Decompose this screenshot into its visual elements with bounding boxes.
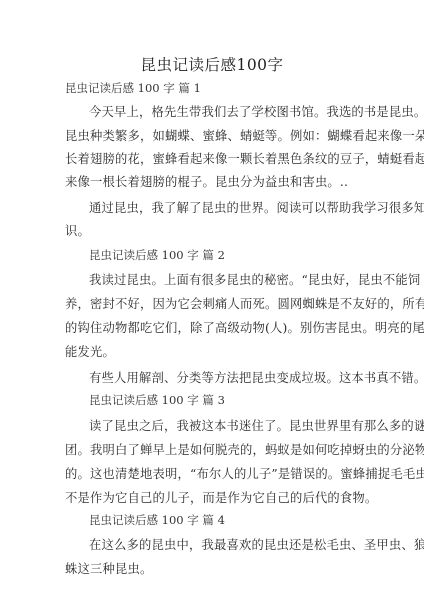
paragraph-line: 有些人用解剖、分类等方法把昆虫变成垃圾。这本书真不错。 bbox=[89, 368, 424, 386]
paragraph-line: 能发光。 bbox=[65, 342, 115, 360]
paragraph-line: 在这么多的昆虫中，我最喜欢的昆虫还是松毛虫、圣甲虫、狼 bbox=[89, 535, 424, 553]
paragraph-line: 养，密封不好，因为它会刺痛人而死。圆网蜘蛛是不友好的，所有 bbox=[65, 294, 424, 312]
paragraph-line: 不是作为它自己的儿子，而是作为它自己的后代的食物。 bbox=[65, 488, 377, 506]
paragraph-line: 读了昆虫之后，我被这本书迷住了。昆虫世界里有那么多的谜 bbox=[89, 416, 424, 434]
document-page: 昆虫记读后感100字 昆虫记读后感 100 字 篇 1 今天早上，格先生带我们去… bbox=[0, 0, 424, 600]
paragraph-line: 通过昆虫，我了解了昆虫的世界。阅读可以帮助我学习很多知 bbox=[89, 198, 424, 216]
section-heading-1: 昆虫记读后感 100 字 篇 1 bbox=[65, 80, 201, 96]
paragraph-line: 蛛这三种昆虫。 bbox=[65, 559, 152, 577]
paragraph-line: 的钩住动物都吃它们，除了高级动物(人)。别伤害昆虫。明亮的尾巴 bbox=[65, 318, 424, 336]
paragraph-line: 的。这也清楚地表明，“布尔人的儿子”是错误的。蜜蜂捕捉毛毛虫 bbox=[65, 464, 424, 482]
paragraph-line: 来像一根长着翅膀的棍子。昆虫分为益虫和害虫。.. bbox=[65, 172, 348, 190]
section-heading-2: 昆虫记读后感 100 字 篇 2 bbox=[89, 247, 225, 263]
paragraph-line: 识。 bbox=[65, 221, 90, 239]
paragraph-line: 我读过昆虫。上面有很多昆虫的秘密。“昆虫好，昆虫不能饲 bbox=[89, 270, 420, 288]
section-heading-3: 昆虫记读后感 100 字 篇 3 bbox=[89, 392, 225, 408]
section-heading-4: 昆虫记读后感 100 字 篇 4 bbox=[89, 512, 225, 528]
paragraph-line: 今天早上，格先生带我们去了学校图书馆。我选的书是昆虫。 bbox=[89, 102, 424, 120]
document-title: 昆虫记读后感100字 bbox=[0, 53, 424, 75]
paragraph-line: 团。我明白了蝉早上是如何脱壳的，蚂蚁是如何吃掉蚜虫的分泌物 bbox=[65, 440, 424, 458]
paragraph-line: 长着翅膀的花，蜜蜂看起来像一颗长着黑色条纹的豆子，蜻蜓看起 bbox=[65, 149, 424, 167]
paragraph-line: 昆虫种类繁多，如蝴蝶、蜜蜂、蜻蜓等。例如：蝴蝶看起来像一朵 bbox=[65, 126, 424, 144]
